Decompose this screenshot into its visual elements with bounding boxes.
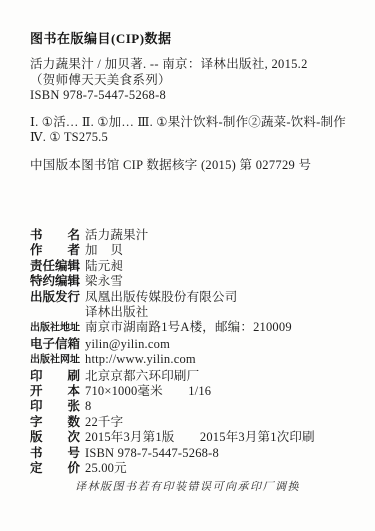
cip-description-line: 活力蔬果汁 / 加贝著. -- 南京：译林出版社, 2015.2 <box>30 57 357 73</box>
cip-record-number: 中国版本图书馆 CIP 数据核字 (2015) 第 027729 号 <box>30 158 357 174</box>
colophon-value: http://www.yilin.com <box>85 352 196 367</box>
colophon-label: 出版社地址 <box>30 321 80 336</box>
colophon-value: 梁永雪 <box>85 274 123 289</box>
colophon-value: 译林出版社 <box>85 305 149 320</box>
colophon-label: 书 名 <box>30 228 80 243</box>
colophon-label: 出版社网址 <box>30 353 80 368</box>
colophon-label: 出版发行 <box>30 290 80 305</box>
colophon-label: 字 数 <box>30 415 80 430</box>
cip-isbn-line: ISBN 978-7-5447-5268-8 <box>30 88 357 104</box>
colophon-value: 710×1000毫米 1/16 <box>85 384 211 399</box>
colophon-value: 北京京都六环印刷厂 <box>85 369 199 384</box>
colophon-value: 陆元昶 <box>85 259 123 274</box>
colophon-value: ISBN 978-7-5447-5268-8 <box>85 446 219 461</box>
colophon-row-special-editor: 特约编辑 梁永雪 <box>30 274 357 289</box>
colophon-row-wordcount: 字 数 22千字 <box>30 415 357 430</box>
colophon-row-edition: 版 次 2015年3月第1版 2015年3月第1次印刷 <box>30 430 357 445</box>
colophon-label: 版 次 <box>30 430 80 445</box>
colophon-label: 印 张 <box>30 399 80 414</box>
colophon-row-website: 出版社网址 http://www.yilin.com <box>30 352 357 368</box>
cip-classification-line: Ⅳ. ① TS275.5 <box>30 130 357 146</box>
colophon-label: 书 号 <box>30 446 80 461</box>
colophon-label: 电子信箱 <box>30 337 80 352</box>
colophon-label: 作 者 <box>30 243 80 258</box>
colophon-value: 活力蔬果汁 <box>85 228 149 243</box>
cip-classification-line: Ⅰ. ①活… Ⅱ. ①加… Ⅲ. ①果汁饮料-制作②蔬菜-饮料-制作 <box>30 115 357 131</box>
colophon-value: 8 <box>85 399 91 414</box>
colophon-row-printer: 印 刷 北京京都六环印刷厂 <box>30 369 357 384</box>
colophon-label: 责任编辑 <box>30 259 80 274</box>
colophon-value: 凤凰出版传媒股份有限公司 <box>85 290 237 305</box>
colophon-value: 2015年3月第1版 2015年3月第1次印刷 <box>85 430 315 445</box>
cip-description: 活力蔬果汁 / 加贝著. -- 南京：译林出版社, 2015.2 （贺师傅天天美… <box>30 57 357 104</box>
cip-series-line: （贺师傅天天美食系列） <box>30 73 357 89</box>
colophon-table: 书 名 活力蔬果汁 作 者 加 贝 责任编辑 陆元昶 特约编辑 梁永雪 出版发行… <box>30 228 357 477</box>
colophon-row-isbn: 书 号 ISBN 978-7-5447-5268-8 <box>30 446 357 461</box>
colophon-row-author: 作 者 加 贝 <box>30 243 357 258</box>
cip-heading: 图书在版编目(CIP)数据 <box>30 28 357 47</box>
colophon-label: 特约编辑 <box>30 274 80 289</box>
colophon-label: 印 刷 <box>30 369 80 384</box>
misprint-exchange-note: 译林版图书若有印装错误可向承印厂调换 <box>0 478 375 494</box>
colophon-row-publisher-2: 译林出版社 <box>30 305 357 320</box>
colophon-row-title: 书 名 活力蔬果汁 <box>30 228 357 243</box>
colophon-label: 定 价 <box>30 461 80 476</box>
colophon-row-publisher: 出版发行 凤凰出版传媒股份有限公司 <box>30 290 357 305</box>
colophon-row-price: 定 价 25.00元 <box>30 461 357 476</box>
colophon-value: yilin@yilin.com <box>85 337 170 352</box>
colophon-value: 南京市湖南路1号A楼，邮编：210009 <box>85 320 292 335</box>
colophon-value: 加 贝 <box>85 243 123 258</box>
colophon-row-format: 开 本 710×1000毫米 1/16 <box>30 384 357 399</box>
colophon-label: 开 本 <box>30 384 80 399</box>
book-copyright-page: 图书在版编目(CIP)数据 活力蔬果汁 / 加贝著. -- 南京：译林出版社, … <box>0 0 375 531</box>
cip-section: 图书在版编目(CIP)数据 活力蔬果汁 / 加贝著. -- 南京：译林出版社, … <box>30 28 357 173</box>
colophon-row-editor: 责任编辑 陆元昶 <box>30 259 357 274</box>
colophon-row-sheets: 印 张 8 <box>30 399 357 414</box>
colophon-value: 25.00元 <box>85 461 127 476</box>
colophon-row-email: 电子信箱 yilin@yilin.com <box>30 337 357 352</box>
cip-classification: Ⅰ. ①活… Ⅱ. ①加… Ⅲ. ①果汁饮料-制作②蔬菜-饮料-制作 Ⅳ. ① … <box>30 115 357 146</box>
colophon-value: 22千字 <box>85 415 123 430</box>
colophon-row-address: 出版社地址 南京市湖南路1号A楼，邮编：210009 <box>30 320 357 336</box>
